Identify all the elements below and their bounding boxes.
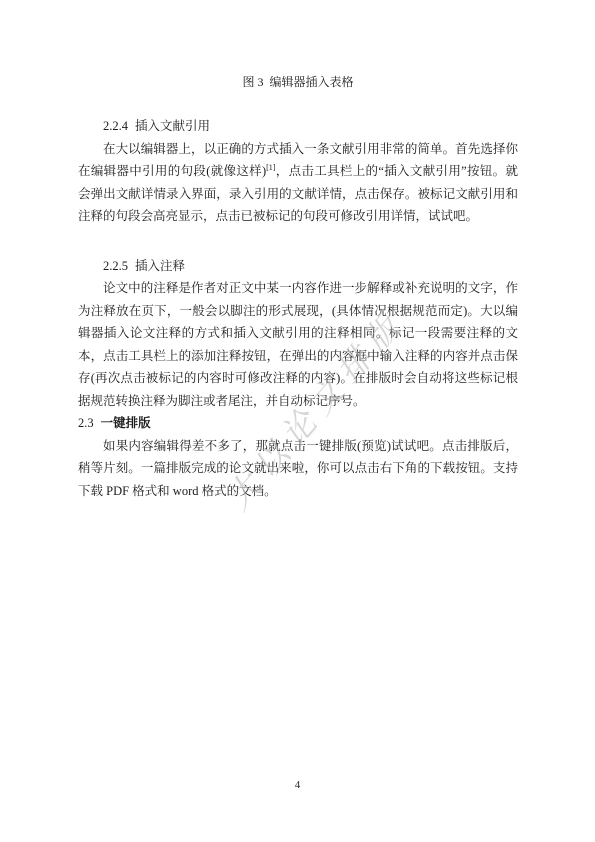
text-column: 图 3 编辑器插入表格 2.2.4插入文献引用 在大以编辑器上，以正确的方式插入… [78, 0, 518, 502]
paragraph-one-click-layout: 如果内容编辑得差不多了，那就点击一键排版(预览)试试吧。点击排版后，稍等片刻。一… [78, 435, 518, 503]
figure-caption: 图 3 编辑器插入表格 [78, 74, 518, 90]
heading-insert-citation: 2.2.4插入文献引用 [78, 115, 518, 138]
heading-number: 2.2.4 [103, 119, 128, 133]
heading-title: 插入注释 [135, 259, 185, 273]
heading-one-click-layout: 2.3一键排版 [78, 412, 518, 435]
document-page: 大以论文排版 图 3 编辑器插入表格 2.2.4插入文献引用 在大以编辑器上，以… [0, 0, 595, 842]
heading-number: 2.3 [78, 416, 94, 430]
heading-number: 2.2.5 [103, 259, 128, 273]
heading-title: 插入文献引用 [135, 119, 210, 133]
heading-insert-note: 2.2.5插入注释 [78, 255, 518, 278]
paragraph-text: 论文中的注释是作者对正文中某一内容作进一步解释或补充说明的文字，作为注释放在页下… [78, 281, 518, 408]
paragraph-text: 如果内容编辑得差不多了，那就点击一键排版(预览)试试吧。点击排版后，稍等片刻。一… [78, 439, 518, 498]
paragraph-insert-note: 论文中的注释是作者对正文中某一内容作进一步解释或补充说明的文字，作为注释放在页下… [78, 277, 518, 412]
page-number: 4 [0, 778, 595, 792]
heading-title: 一键排版 [101, 416, 151, 430]
paragraph-insert-citation: 在大以编辑器上，以正确的方式插入一条文献引用非常的简单。首先选择你在编辑器中引用… [78, 138, 518, 228]
